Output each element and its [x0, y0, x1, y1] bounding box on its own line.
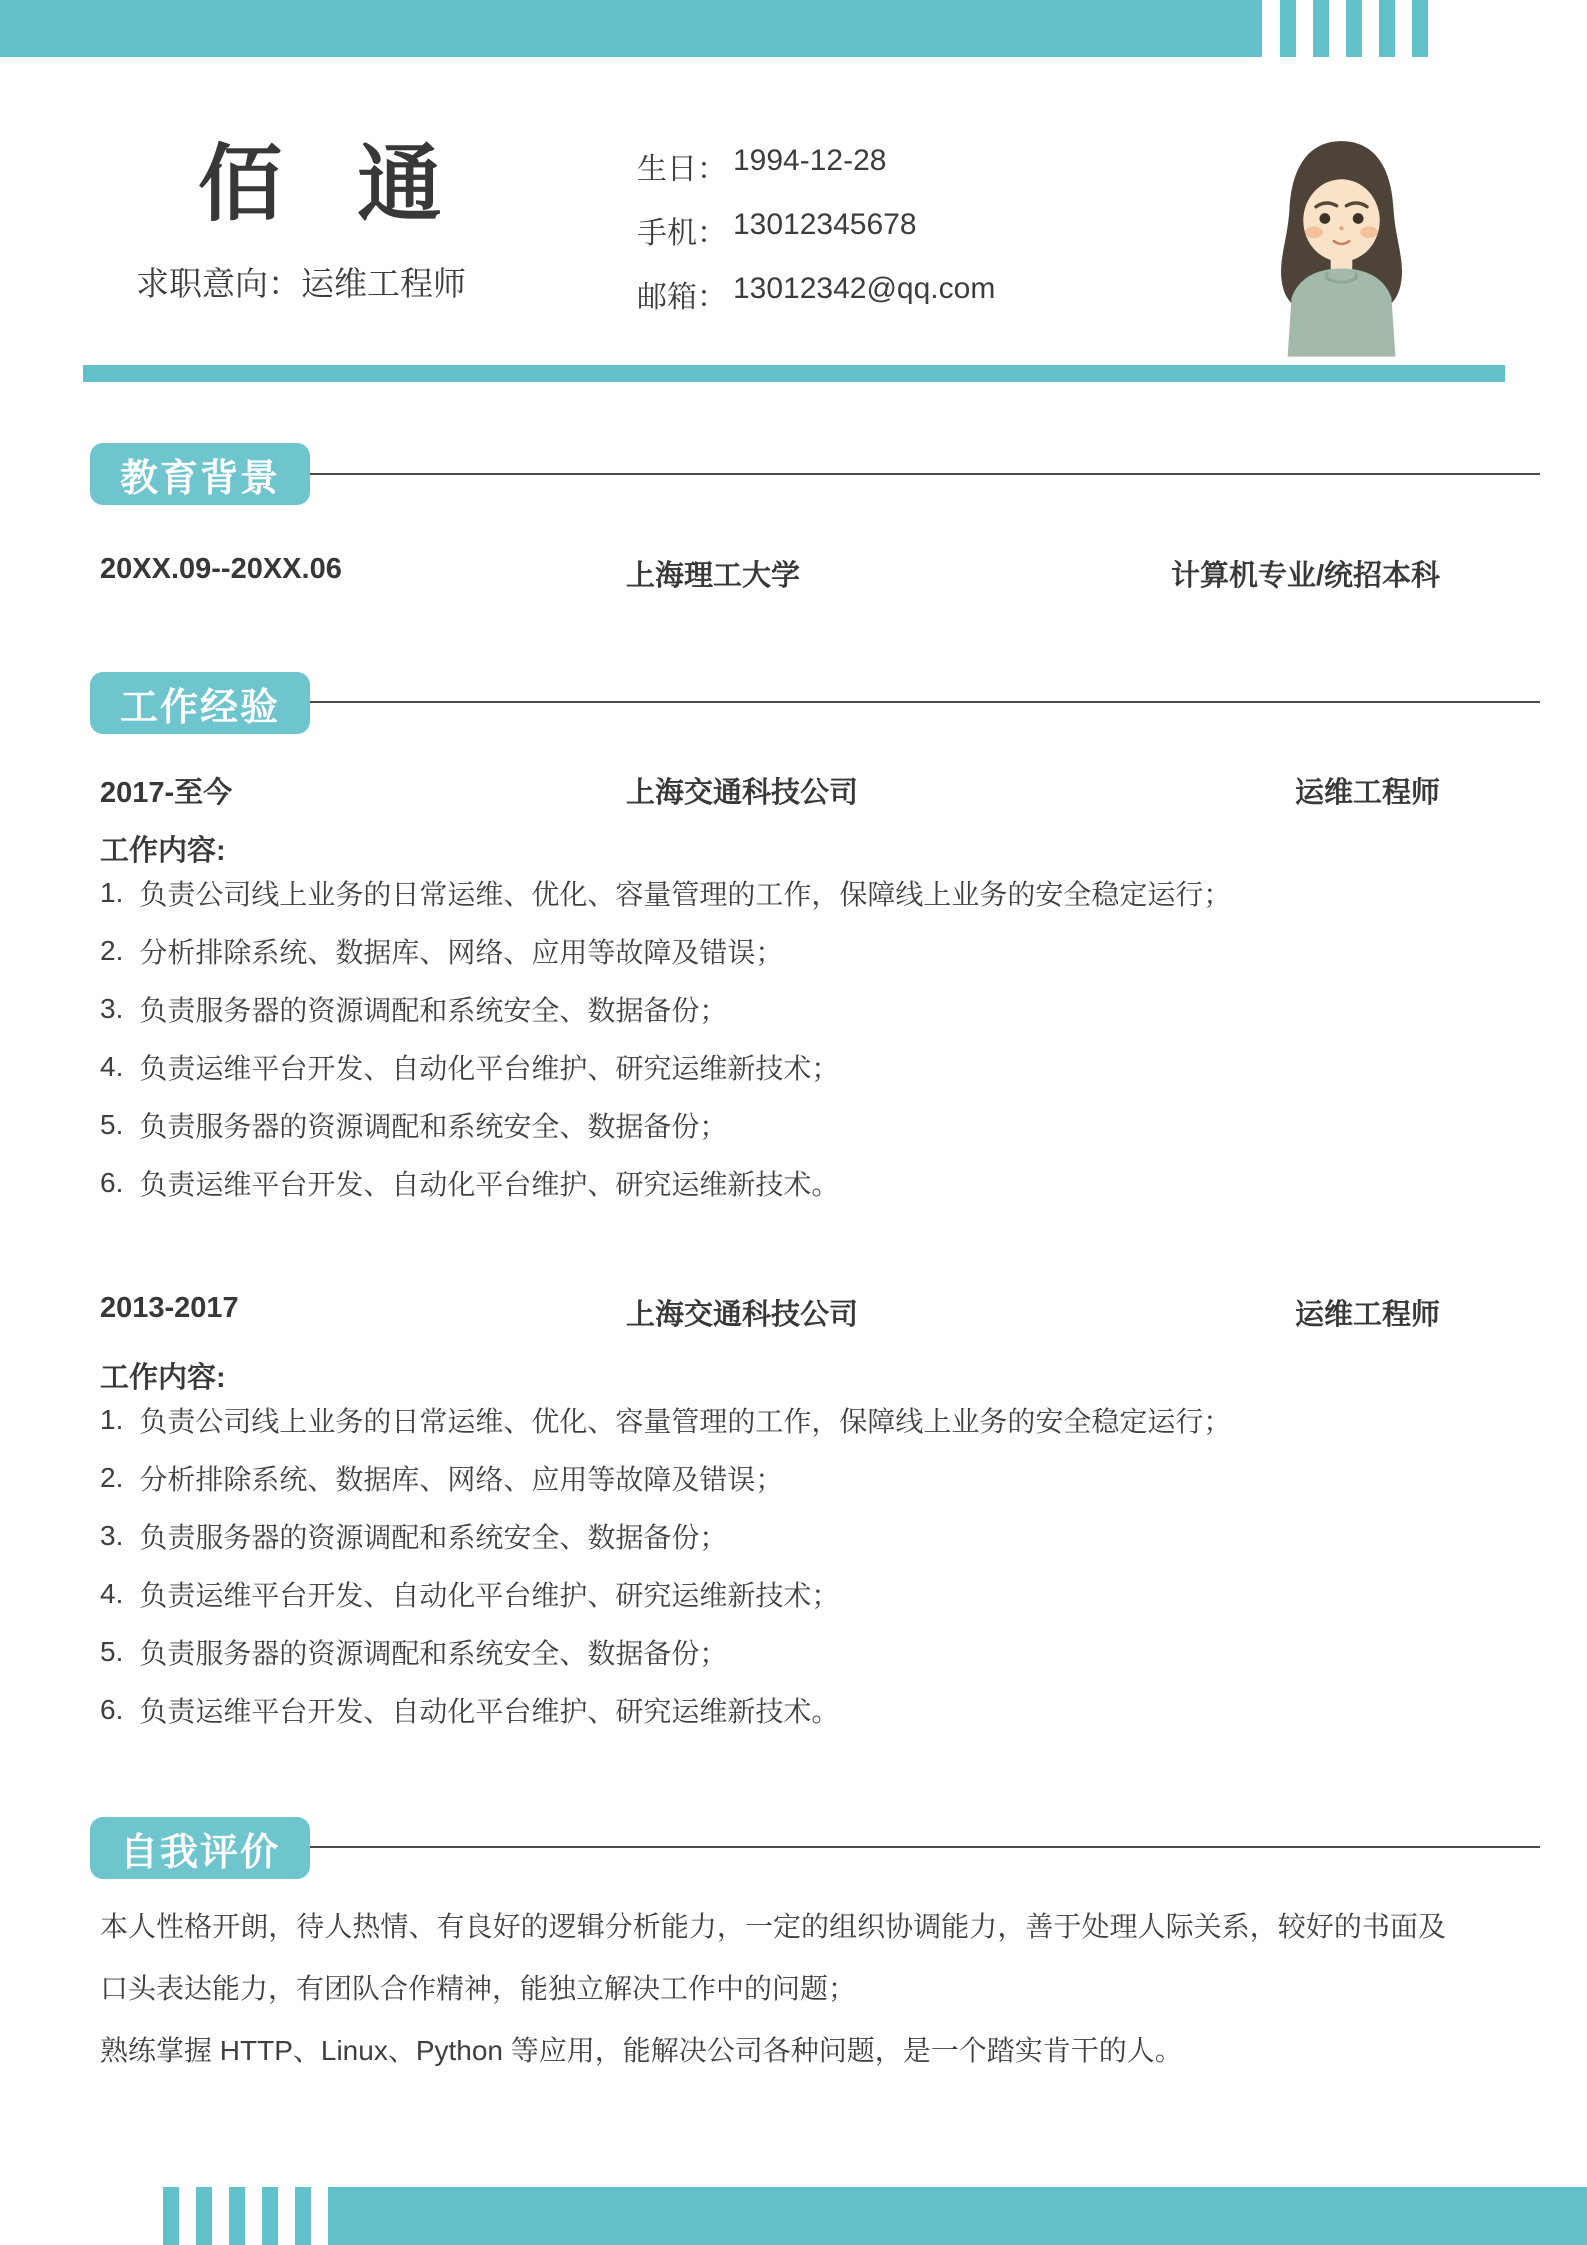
- stripe: [1412, 0, 1428, 57]
- email-value: 13012342@qq.com: [733, 272, 995, 306]
- education-period: 20XX.09--20XX.06: [100, 553, 342, 585]
- bottom-banner-stripes: [163, 2187, 311, 2245]
- phone-row: 手机： 13012345678: [637, 208, 995, 272]
- self-evaluation-paragraph: 本人性格开朗，待人热情、有良好的逻辑分析能力，一定的组织协调能力，善于处理人际关…: [100, 1896, 1446, 2020]
- work-item: 分析排除系统、数据库、网络、应用等故障及错误；: [100, 922, 1440, 980]
- job-company: 上海交通科技公司: [626, 770, 858, 811]
- stripe: [262, 2187, 278, 2245]
- work-item: 负责运维平台开发、自动化平台维护、研究运维新技术。: [100, 1154, 1440, 1212]
- stripe: [229, 2187, 245, 2245]
- phone-label: 手机：: [637, 208, 727, 252]
- work-item: 负责运维平台开发、自动化平台维护、研究运维新技术；: [100, 1038, 1440, 1096]
- resume-page: 佰 通 求职意向：运维工程师 生日： 1994-12-28 手机： 130123…: [0, 0, 1587, 2245]
- stripe: [163, 2187, 179, 2245]
- job-position: 运维工程师: [1295, 1292, 1440, 1333]
- job-row: 2013-2017 上海交通科技公司 运维工程师: [100, 1292, 1440, 1326]
- section-title-self-evaluation: 自我评价: [90, 1817, 310, 1879]
- self-evaluation-paragraph: 熟练掌握 HTTP、Linux、Python 等应用，能解决公司各种问题，是一个…: [100, 2020, 1446, 2082]
- job-period: 2017-至今: [100, 777, 232, 809]
- avatar-illustration-icon: [1268, 128, 1415, 358]
- job-position: 运维工程师: [1295, 770, 1440, 811]
- work-item: 负责服务器的资源调配和系统安全、数据备份；: [100, 1096, 1440, 1154]
- work-item: 负责运维平台开发、自动化平台维护、研究运维新技术；: [100, 1565, 1440, 1623]
- email-label: 邮箱：: [637, 272, 727, 316]
- email-row: 邮箱： 13012342@qq.com: [637, 272, 995, 336]
- work-item: 负责服务器的资源调配和系统安全、数据备份；: [100, 1623, 1440, 1681]
- work-item: 负责服务器的资源调配和系统安全、数据备份；: [100, 980, 1440, 1038]
- work-content-label: 工作内容:: [100, 828, 226, 869]
- education-degree: 计算机专业/统招本科: [1171, 553, 1440, 594]
- stripe: [295, 2187, 311, 2245]
- work-item: 负责运维平台开发、自动化平台维护、研究运维新技术。: [100, 1681, 1440, 1739]
- work-item: 负责公司线上业务的日常运维、优化、容量管理的工作，保障线上业务的安全稳定运行；: [100, 864, 1440, 922]
- birthday-row: 生日： 1994-12-28: [637, 144, 995, 208]
- job-intention: 求职意向：运维工程师: [136, 258, 466, 305]
- education-school: 上海理工大学: [626, 553, 800, 594]
- job-row: 2017-至今 上海交通科技公司 运维工程师: [100, 770, 1440, 804]
- work-item: 负责服务器的资源调配和系统安全、数据备份；: [100, 1507, 1440, 1565]
- top-banner-stripes: [1280, 0, 1428, 57]
- stripe: [1379, 0, 1395, 57]
- job-company: 上海交通科技公司: [626, 1292, 858, 1333]
- top-banner-bar: [0, 0, 1262, 57]
- stripe: [1346, 0, 1362, 57]
- work-item: 负责公司线上业务的日常运维、优化、容量管理的工作，保障线上业务的安全稳定运行；: [100, 1391, 1440, 1449]
- stripe: [1313, 0, 1329, 57]
- job-period: 2013-2017: [100, 1292, 239, 1324]
- phone-value: 13012345678: [733, 208, 917, 242]
- education-row: 20XX.09--20XX.06 上海理工大学 计算机专业/统招本科: [100, 553, 1440, 587]
- work-item-list: 负责公司线上业务的日常运维、优化、容量管理的工作，保障线上业务的安全稳定运行；分…: [100, 864, 1440, 1212]
- avatar: [1268, 128, 1415, 358]
- bottom-banner-bar: [328, 2187, 1587, 2245]
- birthday-value: 1994-12-28: [733, 144, 886, 178]
- section-line-self-evaluation: [310, 1846, 1540, 1848]
- birthday-label: 生日：: [637, 144, 727, 188]
- self-evaluation-text: 本人性格开朗，待人热情、有良好的逻辑分析能力，一定的组织协调能力，善于处理人际关…: [100, 1896, 1446, 2082]
- section-title-work: 工作经验: [90, 672, 310, 734]
- candidate-name: 佰 通: [198, 142, 467, 226]
- section-title-education: 教育背景: [90, 443, 310, 505]
- section-line-education: [310, 473, 1540, 475]
- work-item: 分析排除系统、数据库、网络、应用等故障及错误；: [100, 1449, 1440, 1507]
- work-content-label: 工作内容:: [100, 1355, 226, 1396]
- section-line-work: [310, 701, 1540, 703]
- contact-info: 生日： 1994-12-28 手机： 13012345678 邮箱： 13012…: [637, 144, 995, 336]
- stripe: [1280, 0, 1296, 57]
- work-item-list: 负责公司线上业务的日常运维、优化、容量管理的工作，保障线上业务的安全稳定运行；分…: [100, 1391, 1440, 1739]
- header-divider-bar: [83, 365, 1505, 382]
- stripe: [196, 2187, 212, 2245]
